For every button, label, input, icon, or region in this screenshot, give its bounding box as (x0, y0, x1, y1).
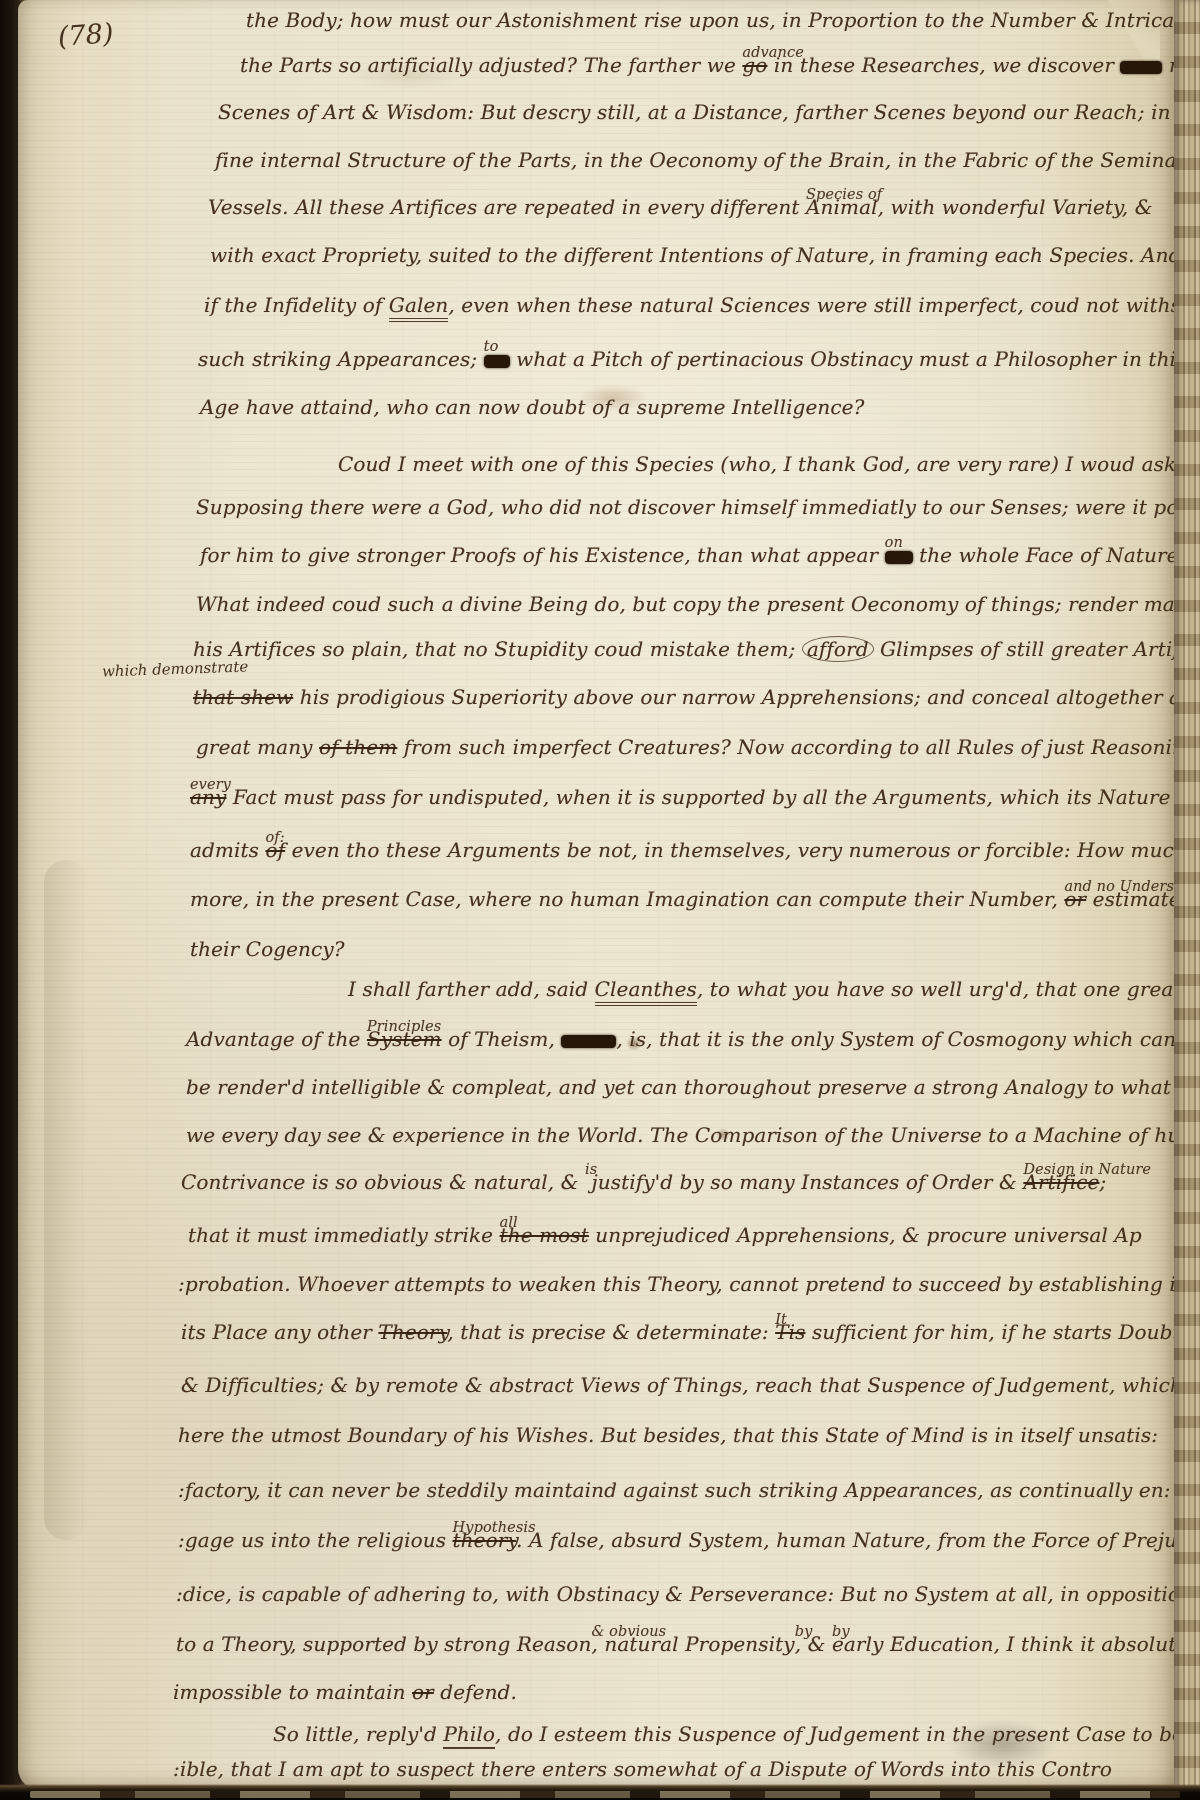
manuscript-line: What indeed coud such a divine Being do,… (196, 592, 1178, 616)
manuscript-segment: more, in the present Case, where no huma… (190, 887, 1064, 911)
manuscript-segment: Philo (443, 1722, 495, 1749)
manuscript-segment: defend. (434, 1680, 517, 1704)
manuscript-line: the Body; how must our Astonishment rise… (246, 8, 1178, 32)
ink-blot (1120, 61, 1162, 74)
bottom-page-edges (0, 1784, 1200, 1800)
ink-blot (885, 551, 913, 564)
manuscript-segment: :dice, is capable of adhering to, with O… (176, 1582, 1178, 1606)
manuscript-line: here the utmost Boundary of his Wishes. … (178, 1423, 1158, 1447)
manuscript-segment: we every day see & experience in the Wor… (186, 1123, 1178, 1147)
manuscript-segment: Advantage of the (186, 1027, 367, 1051)
manuscript-line: :probation. Whoever attempts to weaken t… (178, 1272, 1178, 1296)
manuscript-line: Advantage of the PrinciplesSystem of The… (186, 1027, 1176, 1051)
manuscript-segment: the Body; how must our Astonishment rise… (246, 8, 1178, 32)
manuscript-line: its Place any other Theory, that is prec… (181, 1320, 1178, 1344)
manuscript-segment: . A false, absurd System, human Nature, … (516, 1528, 1178, 1552)
manuscript-segment: the Parts so artificially adjusted? The … (240, 53, 742, 77)
manuscript-line: his Artifices so plain, that no Stupidit… (193, 637, 1178, 661)
manuscript-segment: , do I esteem this Suspence of Judgement… (495, 1722, 1178, 1746)
manuscript-segment: unprejudiced Apprehensions, & procure un… (589, 1223, 1142, 1247)
manuscript-segment: :ible, that I am apt to suspect there en… (173, 1757, 1112, 1781)
manuscript-segment: of Theism, (442, 1027, 562, 1051)
manuscript-segment: , to what you have so well urg'd, that o… (697, 977, 1178, 1001)
manuscript-segment: if the Infidelity of (204, 293, 389, 317)
manuscript-line: Scenes of Art & Wisdom: But descry still… (218, 100, 1178, 124)
manuscript-segment: its Place any other (181, 1320, 378, 1344)
manuscript-segment: What indeed coud such a divine Being do,… (196, 592, 1178, 616)
manuscript-segment: I shall farther add, said (348, 977, 595, 1001)
manuscript-segment: in these Researches, we discover (767, 53, 1120, 77)
manuscript-line: Age have attaind, who can now doubt of a… (200, 395, 864, 419)
manuscript-segment: to a Theory, supported by strong Reason (176, 1632, 591, 1656)
manuscript-line: :ible, that I am apt to suspect there en… (173, 1757, 1112, 1781)
page-fore-edges (1174, 0, 1200, 1800)
manuscript-segment: Coud I meet with one of this Species (wh… (338, 452, 1178, 476)
manuscript-line: admits of:of even tho these Arguments be… (190, 838, 1178, 862)
struck-word: Theory (378, 1320, 447, 1344)
manuscript-line: & Difficulties; & by remote & abstract V… (181, 1373, 1178, 1397)
manuscript-line: that it must immediatly strike allthe mo… (188, 1223, 1142, 1247)
manuscript-segment: here the utmost Boundary of his Wishes. … (178, 1423, 1158, 1447)
manuscript-segment: Scenes of Art & Wisdom: But descry still… (218, 100, 1178, 124)
manuscript-line: to a Theory, supported by strong Reason&… (176, 1632, 1178, 1656)
manuscript-segment: such striking Appearances; (198, 347, 484, 371)
struck-word: or (412, 1680, 434, 1704)
manuscript-segment: Age have attaind, who can now doubt of a… (200, 395, 864, 419)
manuscript-segment: that it must immediatly strike (188, 1223, 500, 1247)
manuscript-segment: Fact must pass for undisputed, when it i… (226, 785, 1170, 809)
manuscript-segment: what a Pitch of pertinacious Obstinacy m… (510, 347, 1178, 371)
manuscript-line: we every day see & experience in the Wor… (186, 1123, 1178, 1147)
manuscript-line: Supposing there were a God, who did not … (196, 495, 1178, 519)
manuscript-segment: fine internal Structure of the Parts, in… (215, 148, 1178, 172)
ink-blot (484, 355, 510, 368)
manuscript-segment: his prodigious Superiority above our nar… (293, 685, 1178, 709)
manuscript-line: that shew his prodigious Superiority abo… (193, 685, 1178, 709)
manuscript-segment: :probation. Whoever attempts to weaken t… (178, 1272, 1178, 1296)
manuscript-segment: even tho these Arguments be not, in them… (285, 838, 1178, 862)
manuscript-line: fine internal Structure of the Parts, in… (215, 148, 1178, 172)
manuscript-line: :factory, it can never be steddily maint… (178, 1478, 1171, 1502)
manuscript-segment: from such imperfect Creatures? Now accor… (397, 735, 1178, 759)
manuscript-segment: So little, reply'd (273, 1722, 443, 1746)
manuscript-text-layer: the Body; how must our Astonishment rise… (18, 0, 1178, 1790)
manuscript-line: Vessels. All these Artifices are repeate… (208, 195, 1153, 219)
manuscript-segment: & Difficulties; & by remote & abstract V… (181, 1373, 1178, 1397)
manuscript-page: (78) the Body; how must our Astonishment… (18, 0, 1178, 1790)
manuscript-line: great many of them from such imperfect C… (196, 735, 1178, 759)
manuscript-segment: :factory, it can never be steddily maint… (178, 1478, 1171, 1502)
manuscript-segment: , even when these natural Sciences were … (448, 293, 1178, 317)
manuscript-line: with exact Propriety, suited to the diff… (210, 243, 1178, 267)
manuscript-segment: be render'd intelligible & compleat, and… (186, 1075, 1171, 1099)
manuscript-line: impossible to maintain or defend. (173, 1680, 517, 1704)
manuscript-line: Coud I meet with one of this Species (wh… (338, 452, 1178, 476)
manuscript-segment: impossible to maintain (173, 1680, 412, 1704)
struck-word: of them (319, 735, 397, 759)
manuscript-segment: afford (802, 636, 874, 662)
manuscript-segment: with exact Propriety, suited to the diff… (210, 243, 1178, 267)
manuscript-segment: :gage us into the religious (178, 1528, 453, 1552)
manuscript-segment: his Artifices so plain, that no Stupidit… (193, 637, 802, 661)
manuscript-line: more, in the present Case, where no huma… (190, 887, 1178, 911)
manuscript-segment: justify'd by so many Instances of Order … (585, 1170, 1023, 1194)
struck-word: that shew (193, 685, 293, 709)
manuscript-line: for him to give stronger Proofs of his E… (200, 543, 1178, 567)
manuscript-segment: Supposing there were a God, who did not … (196, 495, 1178, 519)
manuscript-segment: Glimpses of still greater Artifices, (874, 637, 1178, 661)
manuscript-line: I shall farther add, said Cleanthes, to … (348, 977, 1178, 1001)
manuscript-line: Contrivance is so obvious & natural, & i… (181, 1170, 1106, 1194)
manuscript-segment: Contrivance is so obvious & natural, & (181, 1170, 585, 1194)
manuscript-segment: , is, that it is the only System of Cosm… (616, 1027, 1176, 1051)
manuscript-segment: sufficient for him, if he starts Doubts (806, 1320, 1178, 1344)
manuscript-line: such striking Appearances; to what a Pit… (198, 347, 1178, 371)
manuscript-line: their Cogency? (190, 937, 345, 961)
manuscript-segment: early Education, I think it absolutely (832, 1632, 1178, 1656)
manuscript-segment: , that is precise & determinate: (447, 1320, 775, 1344)
manuscript-segment: Galen (389, 293, 449, 322)
manuscript-line: :dice, is capable of adhering to, with O… (176, 1582, 1178, 1606)
manuscript-line: :gage us into the religious Hypothesisth… (178, 1528, 1178, 1552)
scan-stage: (78) the Body; how must our Astonishment… (0, 0, 1200, 1800)
manuscript-line: if the Infidelity of Galen, even when th… (204, 293, 1178, 317)
manuscript-segment: for him to give stronger Proofs of his E… (200, 543, 885, 567)
manuscript-line: be render'd intelligible & compleat, and… (186, 1075, 1171, 1099)
manuscript-segment: Vessels. All these Artifices are repeate… (208, 195, 806, 219)
manuscript-segment: Cleanthes (595, 977, 697, 1006)
manuscript-line: everyany Fact must pass for undisputed, … (190, 785, 1171, 809)
manuscript-line: So little, reply'd Philo, do I esteem th… (273, 1722, 1178, 1746)
manuscript-segment: the whole Face of Nature? (913, 543, 1178, 567)
manuscript-line: the Parts so artificially adjusted? The … (240, 53, 1178, 77)
manuscript-segment: great many (196, 735, 319, 759)
manuscript-segment: their Cogency? (190, 937, 345, 961)
ink-blot (561, 1035, 616, 1048)
manuscript-segment: admits (190, 838, 265, 862)
